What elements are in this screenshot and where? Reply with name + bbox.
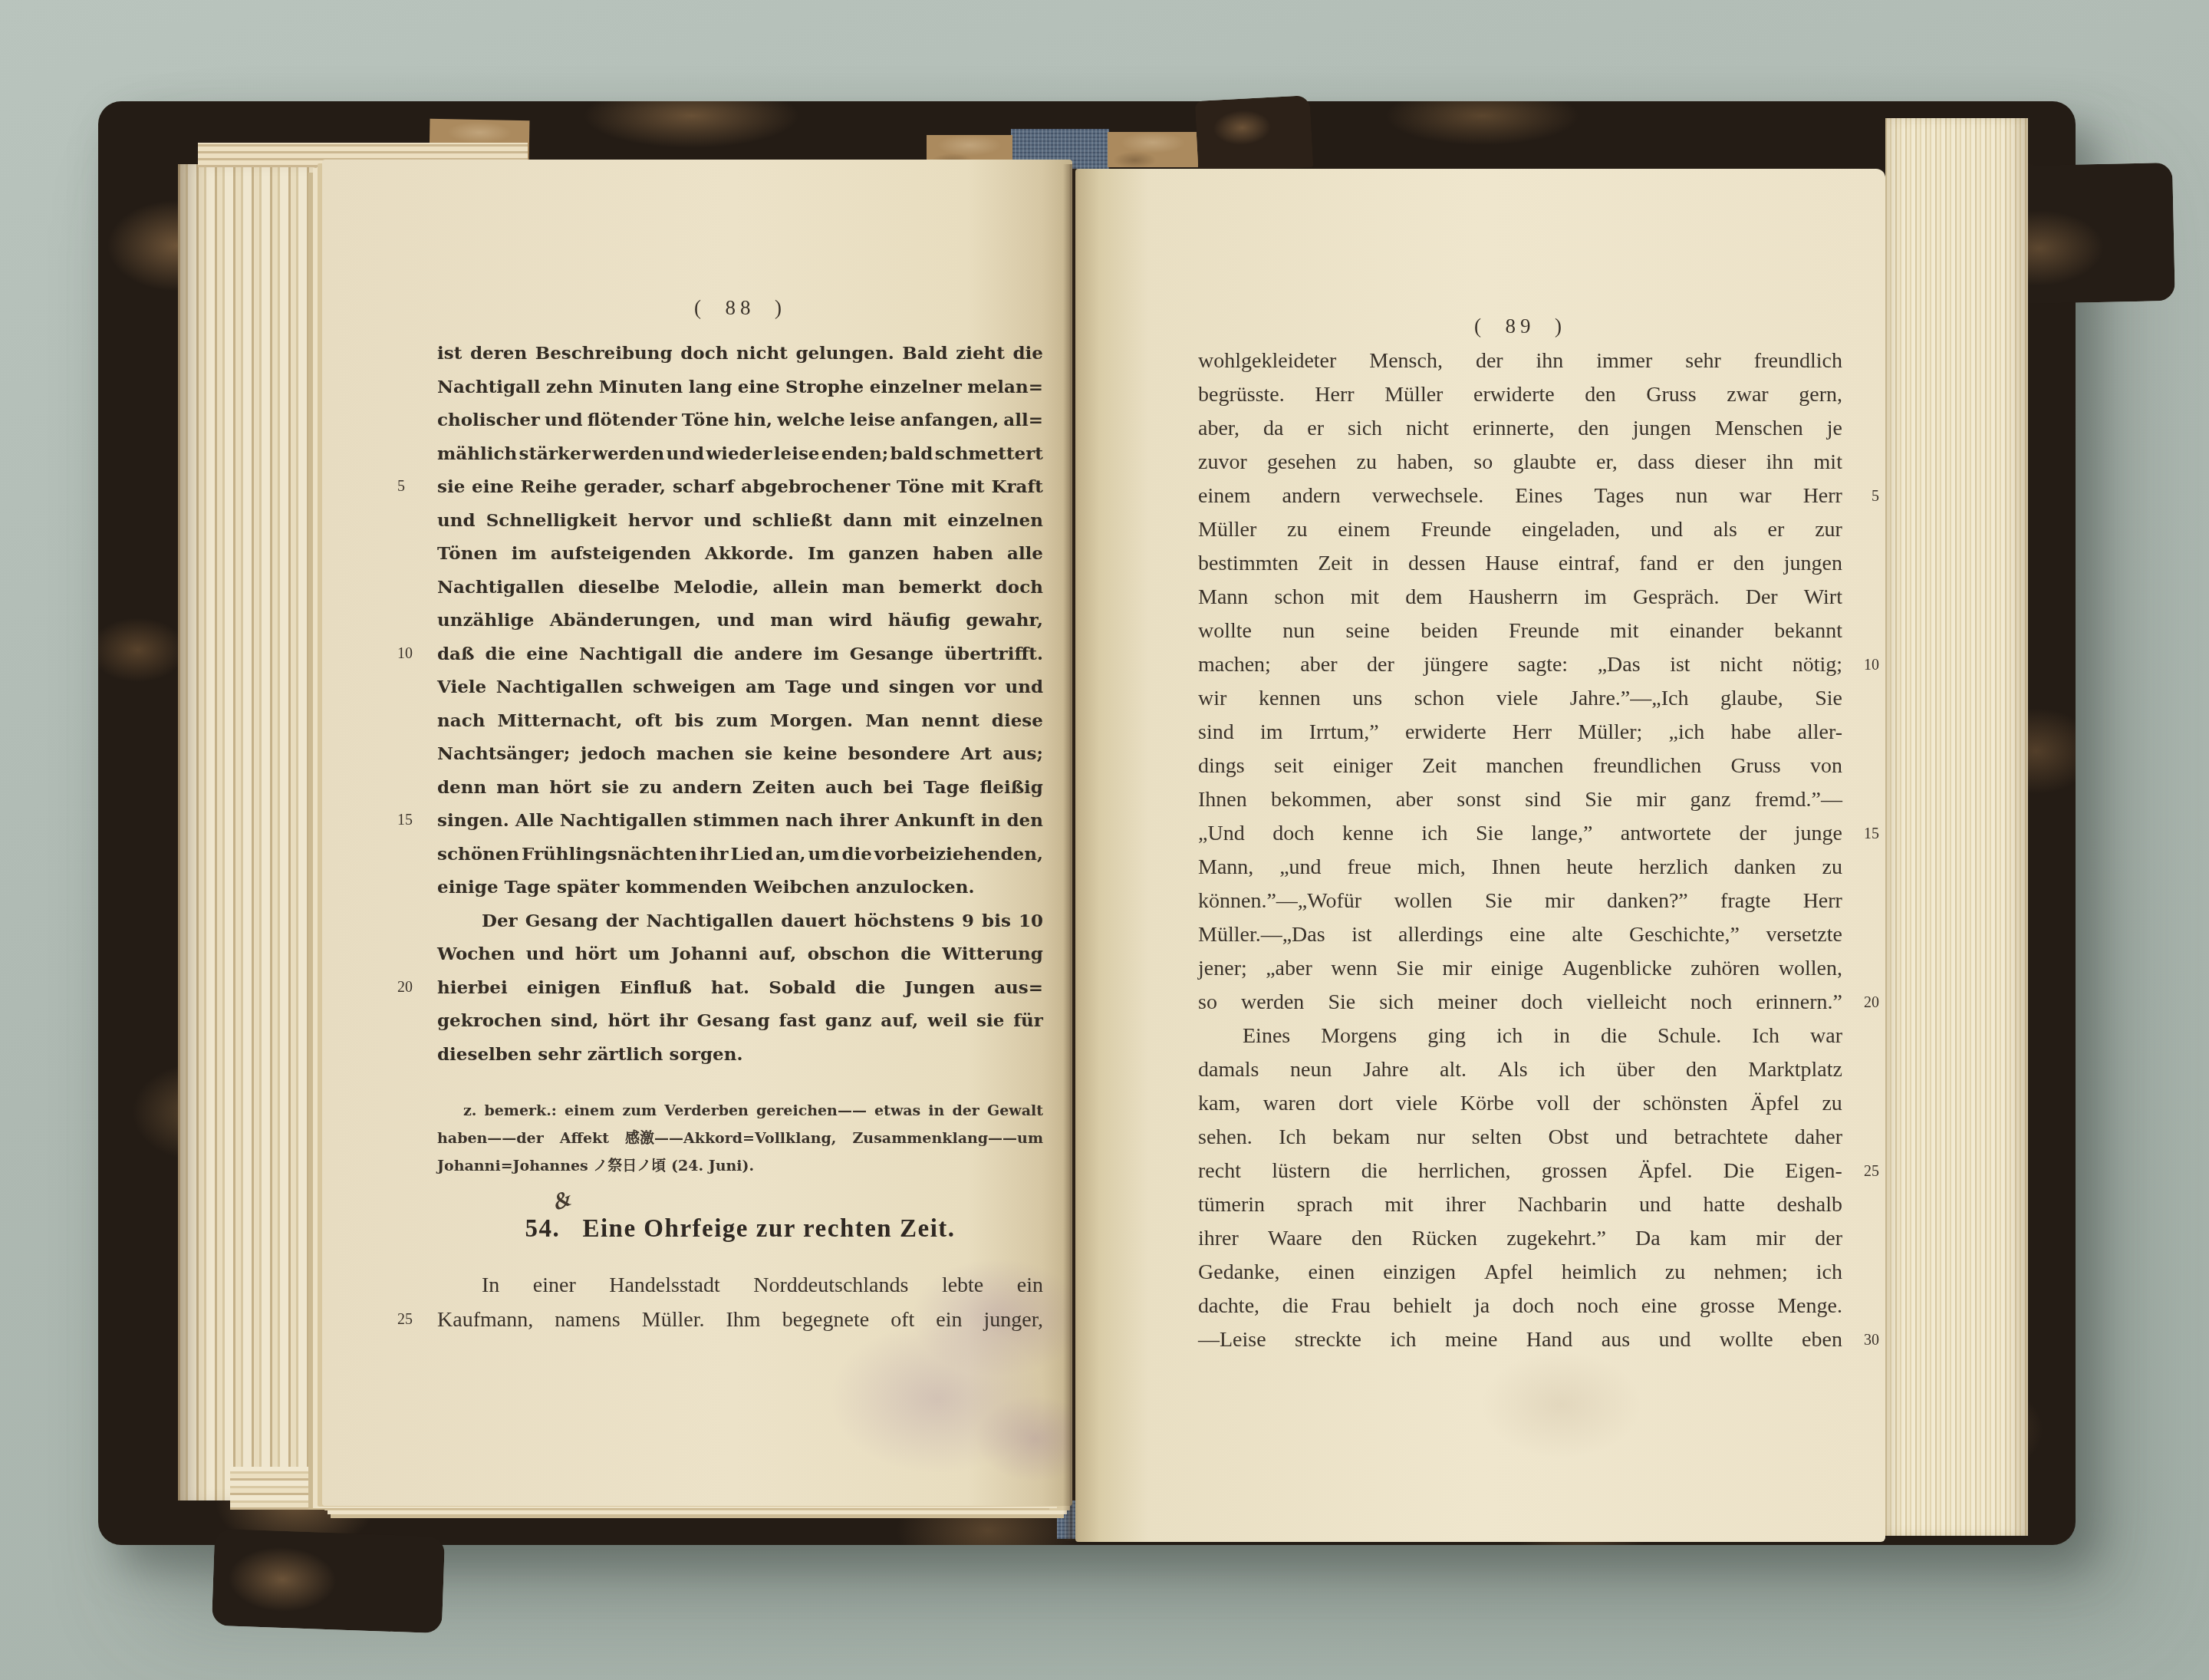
left-page-text: istderenBeschreibungdochnichtgelungen.Ba… [437,337,1043,1071]
text-line: begrüsste.HerrMüllererwidertedenGrusszwa… [1198,378,1842,412]
text-line: DerGesangderNachtigallendauerthöchstens9… [437,904,1043,938]
text-line: NachtigallendieselbeMelodie,alleinmanbem… [437,571,1043,604]
text-line: dieselben sehr zärtlich sorgen. [437,1038,1043,1072]
torn-cover-flap [1195,95,1314,173]
intro-paragraph: IneinerHandelsstadtNorddeutschlandslebte… [437,1268,1043,1337]
line-number: 5 [397,470,405,504]
text-line: undSchnelligkeithervorundschließtdannmit… [437,504,1043,538]
text-line: aber,daersichnichterinnerte,denjungenMen… [1198,412,1842,446]
text-line: mählichstärkerwerdenundwiederleiseenden;… [437,437,1043,471]
text-line: kam,warendortvieleKörbevollderschönstenÄ… [1198,1087,1842,1121]
text-line: singen.AlleNachtigallenstimmennachihrerA… [437,804,1043,838]
text-line: haben——derAffekt感激——Akkord=Vollklang,Zus… [437,1125,1043,1152]
text-line: ihrerWaaredenRückenzugekehrt.”Dakammirde… [1198,1222,1842,1256]
text-line: dingsseiteinigerZeitmanchenfreundlichenG… [1198,749,1842,783]
text-line: wolltenunseinebeidenFreundemiteinanderbe… [1198,614,1842,648]
text-line: MannschonmitdemHausherrnimGespräch.DerWi… [1198,581,1842,614]
text-line: EinesMorgensgingichindieSchule.Ichwar [1198,1020,1842,1053]
line-number: 25 [1864,1155,1879,1188]
text-line: Kaufmann,namensMüller.Ihmbegegneteoftein… [437,1303,1043,1337]
text-line: hierbeieinigenEinflußhat.SobalddieJungen… [437,971,1043,1005]
text-line: schönenFrühlingsnächtenihrLiedan,umdievo… [437,838,1043,871]
text-line: rechtlüsterndieherrlichen,grossenÄpfel.D… [1198,1155,1842,1188]
cover-corner-bottom-left [212,1529,445,1633]
leather-patch [1108,132,1198,167]
text-line: VieleNachtigallenschweigenamTageundsinge… [437,670,1043,704]
line-number: 20 [397,971,413,1005]
text-line: „UnddochkenneichSielange,”antwortetederj… [1198,817,1842,851]
text-line: gekrochensind,hörtihrGesangfastganzauf,w… [437,1004,1043,1038]
line-number: 20 [1864,986,1879,1020]
text-line: Ihnenbekommen,abersonstsindSiemirganzfre… [1198,783,1842,817]
text-line: einige Tage später kommenden Weibchen an… [437,871,1043,904]
text-line: istderenBeschreibungdochnichtgelungen.Ba… [437,337,1043,371]
right-page-text: wohlgekleideterMensch,derihnimmersehrfre… [1198,344,1842,1357]
text-line: nachMitternacht,oftbiszumMorgen.Mannennt… [437,704,1043,738]
line-number: 25 [397,1303,413,1337]
text-line: machen;aberderjüngeresagte:„Dasistnichtn… [1198,648,1842,682]
line-number: 5 [1872,479,1879,513]
text-line: —LeisestreckteichmeineHandausundwollteeb… [1198,1323,1842,1357]
text-line: Müller.—„DasistallerdingseinealteGeschic… [1198,918,1842,952]
left-page-content: ( 88 ) istderenBeschreibungdochnichtgelu… [437,160,1043,1337]
line-number: 10 [1864,648,1879,682]
text-line: Gedanke,eineneinzigenApfelheimlichzunehm… [1198,1256,1842,1290]
text-line: z.bemerk.:einemzumVerderbengereichen——et… [437,1097,1043,1125]
text-line: wohlgekleideterMensch,derihnimmersehrfre… [1198,344,1842,378]
page-number-left: ( 88 ) [437,296,1043,320]
page-number-right: ( 89 ) [1198,315,1842,338]
page-edges-right [1885,118,2028,1536]
text-line: dennmanhörtsiezuandernZeitenauchbeiTagef… [437,771,1043,805]
text-line: können.”—„WofürwollenSiemirdanken?”fragt… [1198,884,1842,918]
line-number: 15 [1864,817,1879,851]
line-number: 10 [397,637,413,671]
text-line: damalsneunJahrealt.AlsichüberdenMarktpla… [1198,1053,1842,1087]
line-number: 15 [397,804,413,838]
text-line: TönenimaufsteigendenAkkorde.Imganzenhabe… [437,537,1043,571]
book-gutter-shadow [1063,164,1078,1540]
text-line: zuvorgesehenzuhaben,soglaubteer,dassdies… [1198,446,1842,479]
text-line: dachte,dieFraubehieltjadochnocheinegross… [1198,1290,1842,1323]
text-line: NachtigallzehnMinutenlangeineStropheeinz… [437,371,1043,404]
printer-ornament: & [551,1184,574,1217]
text-line: cholischerundflötenderTönehin,welcheleis… [437,404,1043,437]
photo-background: ( 88 ) istderenBeschreibungdochnichtgelu… [0,0,2209,1680]
text-line: Mann,„undfreuemich,Ihnenheuteherzlichdan… [1198,851,1842,884]
text-line: sehen.IchbekamnurseltenObstundbetrachtet… [1198,1121,1842,1155]
section-heading: 54. Eine Ohrfeige zur rechten Zeit. [437,1215,1043,1244]
right-page: ( 89 ) wohlgekleideterMensch,derihnimmer… [1075,169,1885,1542]
right-page-content: ( 89 ) wohlgekleideterMensch,derihnimmer… [1198,169,1842,1357]
text-line: jener;„aberwennSiemireinigeAugenblickezu… [1198,952,1842,986]
footnote: z.bemerk.:einemzumVerderbengereichen——et… [437,1097,1043,1180]
text-line: sindimIrrtum,”erwiderteHerrMüller;„ichha… [1198,716,1842,749]
text-line: einemandernverwechsele.EinesTagesnunwarH… [1198,479,1842,513]
text-line: IneinerHandelsstadtNorddeutschlandslebte… [437,1268,1043,1303]
text-line: wirkennenunsschonvieleJahre.”—„Ichglaube… [1198,682,1842,716]
text-line: bestimmtenZeitindessenHauseeintraf,fande… [1198,547,1842,581]
text-line: WochenundhörtumJohanniauf,obschondieWitt… [437,937,1043,971]
text-line: daßdieeineNachtigalldieandereimGesangeüb… [437,637,1043,671]
text-line: sieeineReihegerader,scharfabgebrochenerT… [437,470,1043,504]
text-line: MüllerzueinemFreundeeingeladen,undalserz… [1198,513,1842,547]
text-line: Johanni=Johannes ノ祭日ノ頃 (24. Juni). [437,1152,1043,1180]
text-line: sowerdenSiesichmeinerdochvielleichtnoche… [1198,986,1842,1020]
page-edges-left [178,164,325,1500]
left-page: ( 88 ) istderenBeschreibungdochnichtgelu… [322,160,1072,1506]
line-number: 30 [1864,1323,1879,1357]
text-line: Nachtsänger;jedochmachensiekeinebesonder… [437,737,1043,771]
text-line: tümerinsprachmitihrerNachbarinundhattede… [1198,1188,1842,1222]
text-line: unzähligeAbänderungen,undmanwirdhäufigge… [437,604,1043,637]
